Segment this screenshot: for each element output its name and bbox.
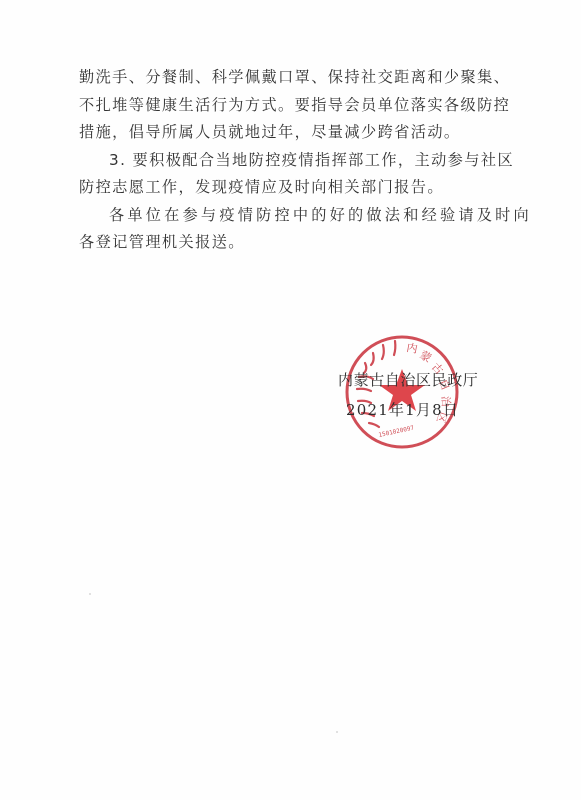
paragraph-line: 各登记管理机关报送。 [79,229,479,257]
document-page: 勤洗手、分餐制、科学佩戴口罩、保持社交距离和少聚集、 不扎堆等健康生活行为方式。… [0,0,581,800]
paragraph-line: 勤洗手、分餐制、科学佩戴口罩、保持社交距离和少聚集、 [79,64,479,92]
paragraph-line: 措施，倡导所属人员就地过年，尽量减少跨省活动。 [79,119,479,147]
svg-text:1501020097: 1501020097 [378,425,415,439]
svg-text:蒙: 蒙 [418,347,435,365]
scan-speck [336,731,338,733]
issue-date: 2021年1月8日 [338,395,498,425]
scan-speck [89,593,91,595]
document-body: 勤洗手、分餐制、科学佩戴口罩、保持社交距离和少聚集、 不扎堆等健康生活行为方式。… [79,64,479,257]
signature-block: 内蒙古自治区民政厅 2021年1月8日 [338,365,498,425]
paragraph-line: 防控志愿工作，发现疫情应及时向相关部门报告。 [79,174,479,202]
paragraph-line: 3. 要积极配合当地防控疫情指挥部工作，主动参与社区 [79,147,479,175]
paragraph-line: 各单位在参与疫情防控中的好的做法和经验请及时向 [79,202,479,230]
paragraph-line: 不扎堆等健康生活行为方式。要指导会员单位落实各级防控 [79,92,479,120]
issuer-name: 内蒙古自治区民政厅 [338,365,498,395]
svg-text:内: 内 [405,340,418,356]
